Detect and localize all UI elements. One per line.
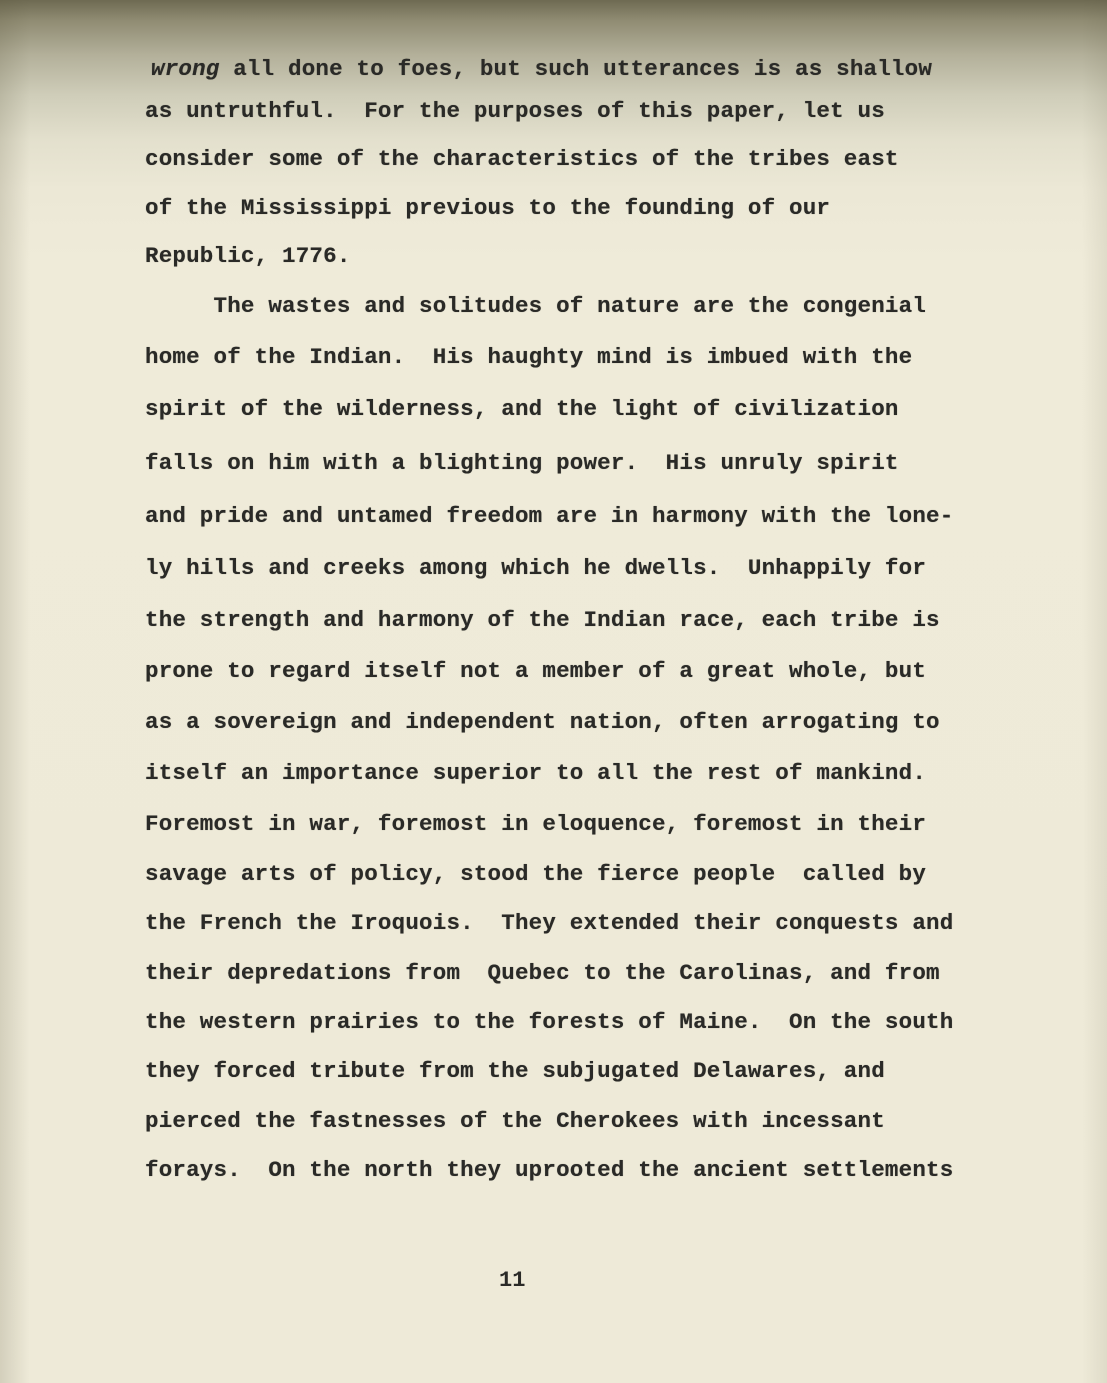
text-line: of the Mississippi previous to the found… (145, 193, 830, 223)
text-line: falls on him with a blighting power. His… (145, 448, 899, 478)
text-line: consider some of the characteristics of … (145, 144, 899, 174)
typewritten-page: wrong all done to foes, but such utteran… (0, 0, 1107, 1383)
text-line: savage arts of policy, stood the fierce … (145, 859, 926, 889)
text-line: their depredations from Quebec to the Ca… (145, 958, 940, 988)
page-number: 11 (499, 1268, 525, 1293)
text-line: Foremost in war, foremost in eloquence, … (145, 809, 926, 839)
text-line: as a sovereign and independent nation, o… (145, 707, 940, 737)
text-line: forays. On the north they uprooted the a… (145, 1155, 953, 1185)
text-line: as untruthful. For the purposes of this … (145, 96, 885, 126)
text-line: and pride and untamed freedom are in har… (145, 501, 953, 531)
text-line: wrong all done to foes, but such utteran… (151, 54, 932, 84)
text-line: the French the Iroquois. They extended t… (145, 908, 953, 938)
text-line: home of the Indian. His haughty mind is … (145, 342, 912, 372)
text-line: spirit of the wilderness, and the light … (145, 394, 899, 424)
text-line: the western prairies to the forests of M… (145, 1007, 953, 1037)
text-line: itself an importance superior to all the… (145, 758, 926, 788)
text-line: pierced the fastnesses of the Cherokees … (145, 1106, 885, 1136)
italic-word: wrong (151, 56, 220, 82)
text-line: the strength and harmony of the Indian r… (145, 605, 940, 635)
text-line: ly hills and creeks among which he dwell… (145, 553, 926, 583)
text-line: prone to regard itself not a member of a… (145, 656, 926, 686)
text-line: Republic, 1776. (145, 241, 351, 271)
paragraph-start-line: The wastes and solitudes of nature are t… (145, 291, 926, 321)
text-line: they forced tribute from the subjugated … (145, 1056, 885, 1086)
